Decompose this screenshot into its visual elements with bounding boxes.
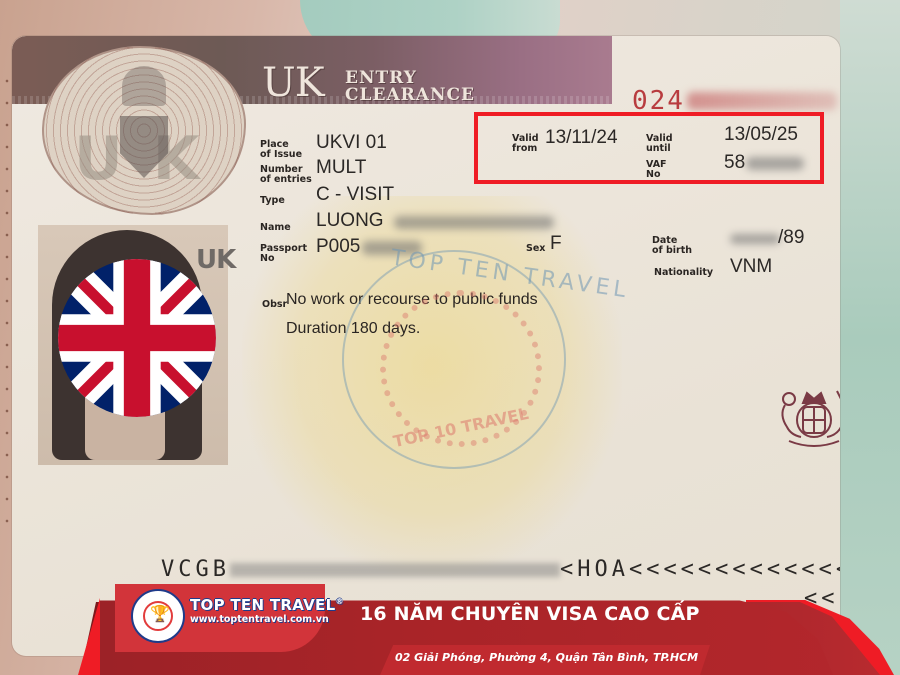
trophy-icon: 🏆 — [150, 606, 166, 624]
name-redaction — [394, 216, 554, 229]
entry-clearance-title: ENTRY CLEARANCE — [345, 70, 475, 104]
banner-slogan: 16 NĂM CHUYÊN VISA CAO CẤP — [360, 603, 700, 625]
passport-page-right-edge — [840, 0, 900, 675]
visa-number-redaction — [687, 92, 837, 110]
type-value: C - VISIT — [316, 184, 394, 206]
date-of-birth-label: Dateof birth — [652, 236, 692, 256]
mrz-line-1-end: <HOA<<<<<<<<<<<<< — [560, 557, 840, 582]
nationality-value: VNM — [730, 256, 772, 278]
passport-no-value: P005 — [316, 236, 360, 258]
company-address: 02 Giải Phóng, Phường 4, Quận Tân Bình, … — [395, 651, 698, 664]
passport-no-label: PassportNo — [260, 244, 307, 264]
sex-label: Sex — [526, 244, 545, 254]
sex-value: F — [550, 233, 562, 255]
name-label: Name — [260, 223, 291, 233]
date-of-birth-redaction — [730, 234, 780, 244]
crown-icon — [122, 66, 166, 106]
brand-name: TOP TEN TRAVEL® — [190, 596, 344, 614]
title-line-2: CLEARANCE — [345, 87, 475, 104]
number-of-entries-value: MULT — [316, 157, 366, 179]
place-of-issue-value: UKVI 01 — [316, 132, 387, 154]
date-of-birth-value: /89 — [778, 227, 804, 249]
royal-coat-of-arms-icon — [775, 385, 840, 455]
uk-monogram: UK — [262, 60, 324, 106]
mrz-line-1-start: VCGB — [161, 557, 230, 582]
uk-flag-icon — [58, 259, 216, 417]
mrz-redaction — [230, 563, 560, 577]
number-of-entries-label: Numberof entries — [260, 165, 312, 185]
type-label: Type — [260, 196, 285, 206]
nationality-label: Nationality — [654, 268, 713, 278]
brand-website-link[interactable]: www.toptentravel.com.vn — [190, 614, 329, 625]
name-value: LUONG — [316, 210, 384, 232]
validity-highlight-box — [474, 112, 824, 184]
photo-side-uk-text: UK — [196, 245, 235, 275]
observations-label: Obsr — [262, 300, 287, 310]
place-of-issue-label: Placeof Issue — [260, 140, 302, 160]
